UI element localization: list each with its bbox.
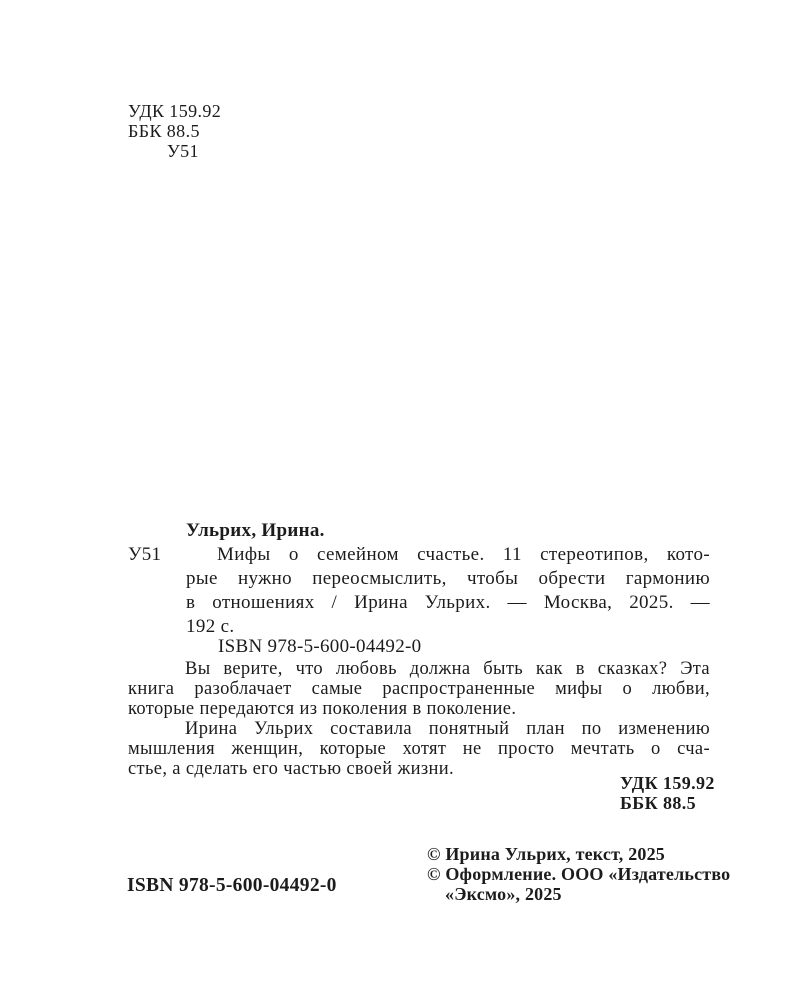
description-line: рые нужно переосмыслить, чтобы обрести г… xyxy=(186,567,710,591)
catalog-card: У51 Ульрих, Ирина. Мифы о семейном счаст… xyxy=(186,519,710,639)
annotation-line: которые передаются из поколения в поколе… xyxy=(128,699,710,719)
right-cataloguing-codes: УДК 159.92 ББК 88.5 xyxy=(620,773,715,813)
bbk-code-bold: ББК 88.5 xyxy=(620,793,715,813)
udk-code: УДК 159.92 xyxy=(128,101,221,121)
annotation-line: книга разоблачает самые распространенные… xyxy=(128,679,710,699)
footer-isbn: ISBN 978-5-600-04492-0 xyxy=(127,875,337,897)
annotation-line: Ирина Ульрих составила понятный план по … xyxy=(128,719,710,739)
copyright-line: © Оформление. ООО «Издательство xyxy=(427,864,730,884)
udk-code-bold: УДК 159.92 xyxy=(620,773,715,793)
description-line: в отношениях / Ирина Ульрих. — Москва, 2… xyxy=(186,591,710,615)
book-imprint-page: УДК 159.92 ББК 88.5 У51 У51 Ульрих, Ирин… xyxy=(0,0,800,1000)
catalog-margin-code: У51 xyxy=(128,543,161,567)
copyright-block: © Ирина Ульрих, текст, 2025 © Оформление… xyxy=(427,844,730,904)
annotation-block: Вы верите, что любовь должна быть как в … xyxy=(128,659,710,779)
copyright-line: «Эксмо», 2025 xyxy=(427,884,730,904)
bbk-code: ББК 88.5 xyxy=(128,121,221,141)
annotation-line: Вы верите, что любовь должна быть как в … xyxy=(128,659,710,679)
author-sign: У51 xyxy=(128,141,221,161)
copyright-line: © Ирина Ульрих, текст, 2025 xyxy=(427,844,730,864)
catalog-isbn: ISBN 978-5-600-04492-0 xyxy=(218,636,421,658)
annotation-line: мышления женщин, которые хотят не просто… xyxy=(128,739,710,759)
description-line: Мифы о семейном счастье. 11 стереотипов,… xyxy=(186,543,710,567)
author-heading: Ульрих, Ирина. xyxy=(186,519,710,543)
top-cataloguing-codes: УДК 159.92 ББК 88.5 У51 xyxy=(128,101,221,161)
